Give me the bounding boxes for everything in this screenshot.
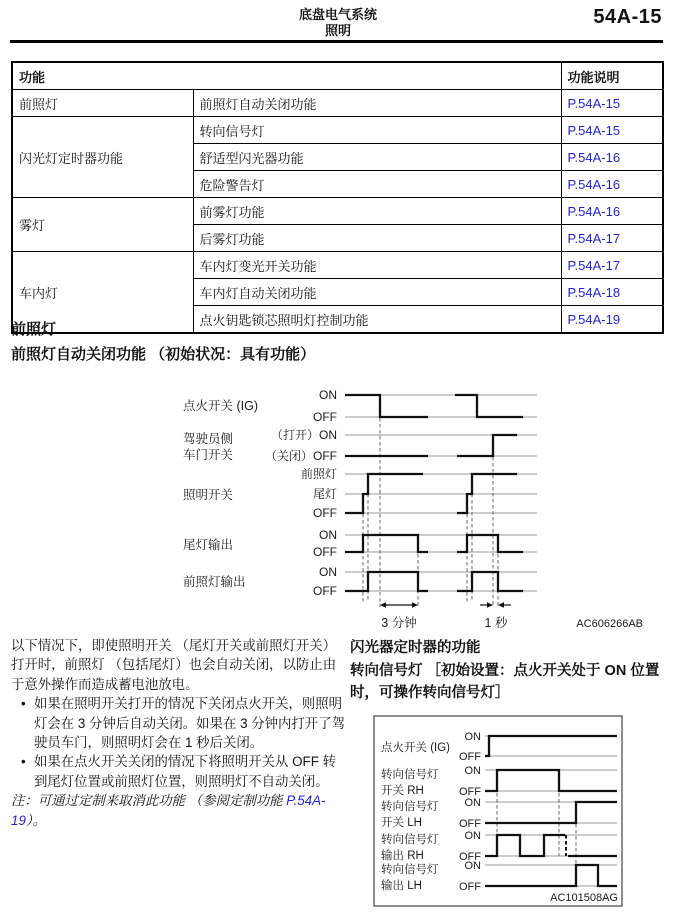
- page-link[interactable]: P.54A-16: [568, 150, 621, 165]
- page-link[interactable]: P.54A-15: [568, 123, 621, 138]
- svg-text:（关闭）OFF: （关闭）OFF: [265, 448, 337, 463]
- svg-text:OFF: OFF: [459, 818, 481, 830]
- page-ref-cell: P.54A-18: [561, 279, 663, 306]
- svg-text:前照灯输出: 前照灯输出: [183, 574, 246, 589]
- headlamp-auto-cutoff-timing-diagram: 点火开关 (IG)ONOFF驾驶员侧车门开关（打开）ON（关闭）OFF照明开关前…: [170, 385, 645, 635]
- page-link[interactable]: P.54A-17: [568, 258, 621, 273]
- table-row: 车内灯 车内灯变光开关功能 P.54A-17: [12, 252, 663, 279]
- section-subheading-turn-signal: 转向信号灯 ［初始设置：点火开关处于 ON 位置时，可操作转向信号灯］: [350, 661, 668, 704]
- function-cell: 车内灯自动关闭功能: [193, 279, 561, 306]
- table-row: 闪光灯定时器功能 转向信号灯 P.54A-15: [12, 117, 663, 144]
- svg-text:车门开关: 车门开关: [183, 447, 234, 462]
- section-heading-flasher-timer: 闪光器定时器的功能: [350, 638, 668, 658]
- page-ref-cell: P.54A-16: [561, 171, 663, 198]
- svg-text:输出 RH: 输出 RH: [381, 848, 424, 862]
- svg-text:点火开关 (IG): 点火开关 (IG): [183, 398, 258, 413]
- page-link[interactable]: P.54A-15: [568, 96, 621, 111]
- intro-paragraph: 以下情况下，即使照明开关 （尾灯开关或前照灯开关）打开时，前照灯 （包括尾灯）也…: [11, 636, 349, 694]
- header-rule: [10, 40, 663, 43]
- function-group-cell: 前照灯: [12, 90, 193, 117]
- function-cell: 车内灯变光开关功能: [193, 252, 561, 279]
- svg-text:驾驶员侧: 驾驶员侧: [183, 431, 233, 446]
- function-cell: 前照灯自动关闭功能: [193, 90, 561, 117]
- page-link[interactable]: P.54A-16: [568, 204, 621, 219]
- col-header-description: 功能说明: [561, 62, 663, 90]
- svg-text:（打开）ON: （打开）ON: [271, 427, 337, 442]
- page-link[interactable]: P.54A-19: [568, 312, 621, 327]
- bullet-item: 如果在点火开关关闭的情况下将照明开关从 OFF 转到尾灯位置或前照灯位置，则照明…: [11, 752, 349, 791]
- page-link[interactable]: P.54A-17: [568, 231, 621, 246]
- svg-text:OFF: OFF: [313, 545, 337, 559]
- customization-note: 注：可通过定制来取消此功能 （参阅定制功能 P.54A-19）。: [11, 791, 349, 830]
- svg-text:转向信号灯: 转向信号灯: [381, 767, 439, 781]
- svg-text:输出 LH: 输出 LH: [381, 878, 422, 892]
- svg-text:开关 RH: 开关 RH: [381, 784, 424, 797]
- manual-page: 底盘电气系统 照明 54A-15 功能 功能说明 前照灯 前照灯自动关闭功能 P…: [0, 0, 700, 912]
- svg-text:OFF: OFF: [459, 881, 481, 893]
- function-cell: 前雾灯功能: [193, 198, 561, 225]
- table-row: 雾灯 前雾灯功能 P.54A-16: [12, 198, 663, 225]
- svg-text:ON: ON: [465, 765, 482, 777]
- svg-text:ON: ON: [319, 388, 337, 402]
- svg-text:ON: ON: [465, 860, 482, 872]
- table-row: 前照灯 前照灯自动关闭功能 P.54A-15: [12, 90, 663, 117]
- svg-text:转向信号灯: 转向信号灯: [381, 832, 439, 846]
- function-cell: 后雾灯功能: [193, 225, 561, 252]
- svg-text:开关 LH: 开关 LH: [381, 816, 422, 829]
- page-ref-cell: P.54A-16: [561, 144, 663, 171]
- auto-cutoff-description: 以下情况下，即使照明开关 （尾灯开关或前照灯开关）打开时，前照灯 （包括尾灯）也…: [11, 636, 349, 830]
- svg-text:1 秒: 1 秒: [485, 615, 508, 630]
- page-link[interactable]: P.54A-18: [568, 285, 621, 300]
- svg-text:AC101508AG: AC101508AG: [550, 892, 618, 904]
- note-text: 注：可通过定制来取消此功能 （参阅定制功能: [11, 793, 283, 808]
- svg-text:ON: ON: [465, 830, 482, 842]
- table-header-row: 功能 功能说明: [12, 62, 663, 90]
- page-ref-cell: P.54A-16: [561, 198, 663, 225]
- page-number: 54A-15: [593, 6, 662, 29]
- page-link[interactable]: P.54A-16: [568, 177, 621, 192]
- page-ref-cell: P.54A-17: [561, 252, 663, 279]
- chapter-title-line2: 照明: [0, 23, 676, 39]
- svg-text:ON: ON: [319, 528, 337, 542]
- function-group-cell: 雾灯: [12, 198, 193, 252]
- page-ref-cell: P.54A-15: [561, 90, 663, 117]
- function-cell: 危险警告灯: [193, 171, 561, 198]
- svg-text:OFF: OFF: [313, 410, 337, 424]
- function-group-cell: 闪光灯定时器功能: [12, 117, 193, 198]
- col-header-function: 功能: [12, 62, 561, 90]
- svg-text:照明开关: 照明开关: [183, 488, 234, 502]
- svg-text:前照灯: 前照灯: [301, 466, 337, 481]
- chapter-title-line1: 底盘电气系统: [0, 7, 676, 23]
- page-ref-cell: P.54A-15: [561, 117, 663, 144]
- svg-text:3 分钟: 3 分钟: [381, 615, 417, 630]
- note-text-suffix: ）。: [26, 813, 46, 828]
- svg-text:ON: ON: [319, 565, 337, 579]
- svg-text:点火开关 (IG): 点火开关 (IG): [381, 740, 450, 754]
- svg-text:转向信号灯: 转向信号灯: [381, 862, 439, 876]
- function-cell: 舒适型闪光器功能: [193, 144, 561, 171]
- function-cell: 转向信号灯: [193, 117, 561, 144]
- section-subheading-auto-cutoff: 前照灯自动关闭功能 （初始状况：具有功能）: [11, 343, 315, 364]
- function-index-table: 功能 功能说明 前照灯 前照灯自动关闭功能 P.54A-15 闪光灯定时器功能 …: [11, 61, 664, 334]
- svg-text:OFF: OFF: [313, 506, 337, 520]
- turn-signal-timer-timing-diagram: 点火开关 (IG)ONOFF转向信号灯开关 RHONOFF转向信号灯开关 LHO…: [370, 713, 628, 912]
- page-ref-cell: P.54A-19: [561, 306, 663, 334]
- svg-text:ON: ON: [465, 731, 482, 743]
- flasher-timer-section: 闪光器定时器的功能 转向信号灯 ［初始设置：点火开关处于 ON 位置时，可操作转…: [350, 638, 668, 704]
- function-cell: 点火钥匙锁芯照明灯控制功能: [193, 306, 561, 334]
- svg-text:尾灯: 尾灯: [313, 486, 337, 501]
- page-ref-cell: P.54A-17: [561, 225, 663, 252]
- svg-text:OFF: OFF: [313, 584, 337, 598]
- svg-text:AC606266AB: AC606266AB: [576, 618, 643, 630]
- svg-text:转向信号灯: 转向信号灯: [381, 799, 439, 813]
- svg-text:尾灯输出: 尾灯输出: [183, 537, 233, 552]
- svg-text:ON: ON: [465, 797, 482, 809]
- bullet-item: 如果在照明开关打开的情况下关闭点火开关，则照明灯会在 3 分钟后自动关闭。如果在…: [11, 694, 349, 752]
- section-heading-headlamp: 前照灯: [11, 318, 56, 339]
- chapter-title: 底盘电气系统 照明: [0, 7, 676, 39]
- svg-text:OFF: OFF: [459, 751, 481, 763]
